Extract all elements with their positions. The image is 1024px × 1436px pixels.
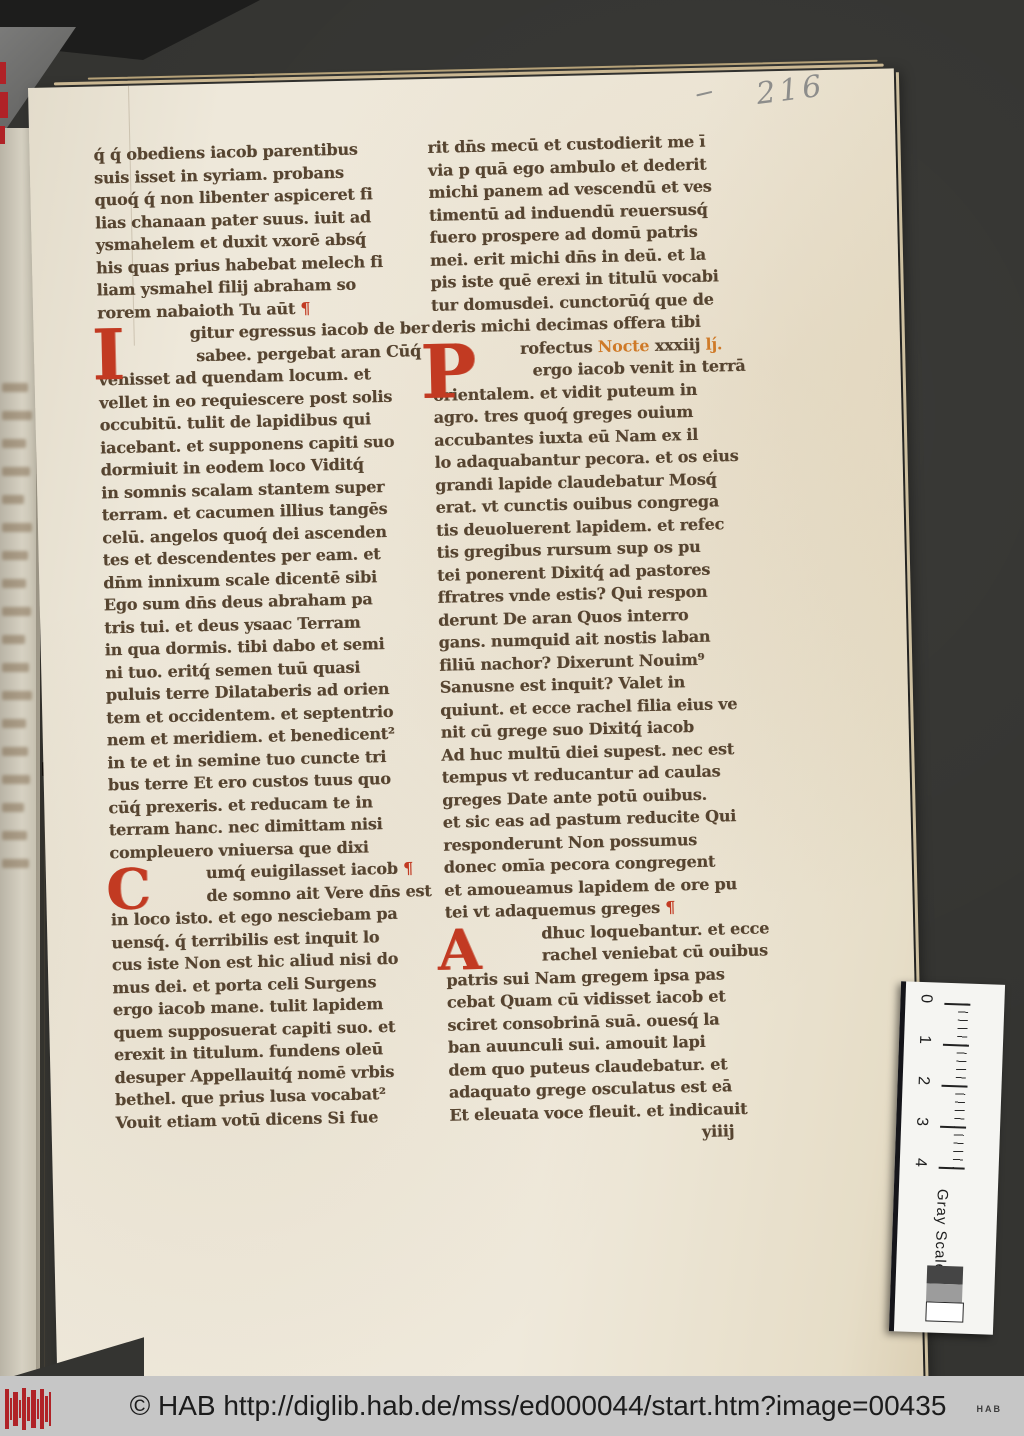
pencil-dash [696, 91, 712, 97]
gray-patch-dark [927, 1265, 964, 1284]
color-calibration-barcode [5, 1386, 53, 1432]
rubricated-initial-P: P [420, 334, 477, 409]
manuscript-page: 216 q́ q́ obediens iacob parentibussuis … [28, 68, 924, 1376]
bleed-through-text [2, 859, 29, 868]
cm-tick [941, 1085, 967, 1088]
bleed-through-text [2, 719, 26, 728]
manuscript-photo: 216 q́ q́ obediens iacob parentibussuis … [0, 0, 1024, 1376]
rubricated-initial-I: I [91, 320, 125, 391]
cm-tick [943, 1044, 969, 1047]
bleed-through-text [2, 607, 31, 616]
ruler-number: 1 [915, 1035, 934, 1054]
text-column-left: q́ q́ obediens iacob parentibussuis isse… [93, 137, 455, 1134]
bleed-through-text [2, 383, 28, 392]
cm-tick [939, 1167, 965, 1170]
folio-number-pencil: 216 [754, 68, 827, 112]
digitized-manuscript-viewer: 216 q́ q́ obediens iacob parentibussuis … [0, 0, 1024, 1436]
bleed-through-text [2, 495, 24, 504]
gray-scale-ruler-card: 01234 Gray Scale [889, 981, 1005, 1334]
bleed-through-text [2, 831, 27, 840]
bleed-through-text [2, 747, 28, 756]
ruler-number: 2 [913, 1076, 932, 1095]
bleed-through-text [2, 635, 25, 644]
ruler-number: 3 [912, 1117, 931, 1136]
cm-tick [944, 1003, 970, 1006]
gray-patch-mid [926, 1283, 963, 1302]
caption-bar: © HAB http://diglib.hab.de/mss/ed000044/… [0, 1376, 1024, 1436]
bleed-through-text [2, 439, 26, 448]
bleed-through-text [2, 663, 29, 672]
text-column-right: rit dn̄s mecū et custodierit me īvia p q… [427, 129, 790, 1149]
bleed-through-text [2, 579, 26, 588]
caption-mark: HAB [977, 1404, 1003, 1414]
rubricated-initial-A: A [437, 921, 482, 978]
bleed-through-text [2, 411, 32, 420]
rubricated-initial-C: C [106, 861, 152, 918]
bleed-through-text [2, 523, 32, 532]
bleed-through-text [2, 691, 32, 700]
bleed-through-text [2, 551, 28, 560]
ruler-number: 0 [916, 994, 935, 1013]
gray-patch-white [925, 1301, 964, 1322]
bleed-through-text [2, 775, 30, 784]
bleed-through-text [2, 467, 30, 476]
cm-tick [940, 1126, 966, 1129]
caption-text: © HAB http://diglib.hab.de/mss/ed000044/… [0, 1390, 1024, 1422]
ruler-number: 4 [910, 1158, 929, 1177]
bleed-through-text [2, 803, 24, 812]
